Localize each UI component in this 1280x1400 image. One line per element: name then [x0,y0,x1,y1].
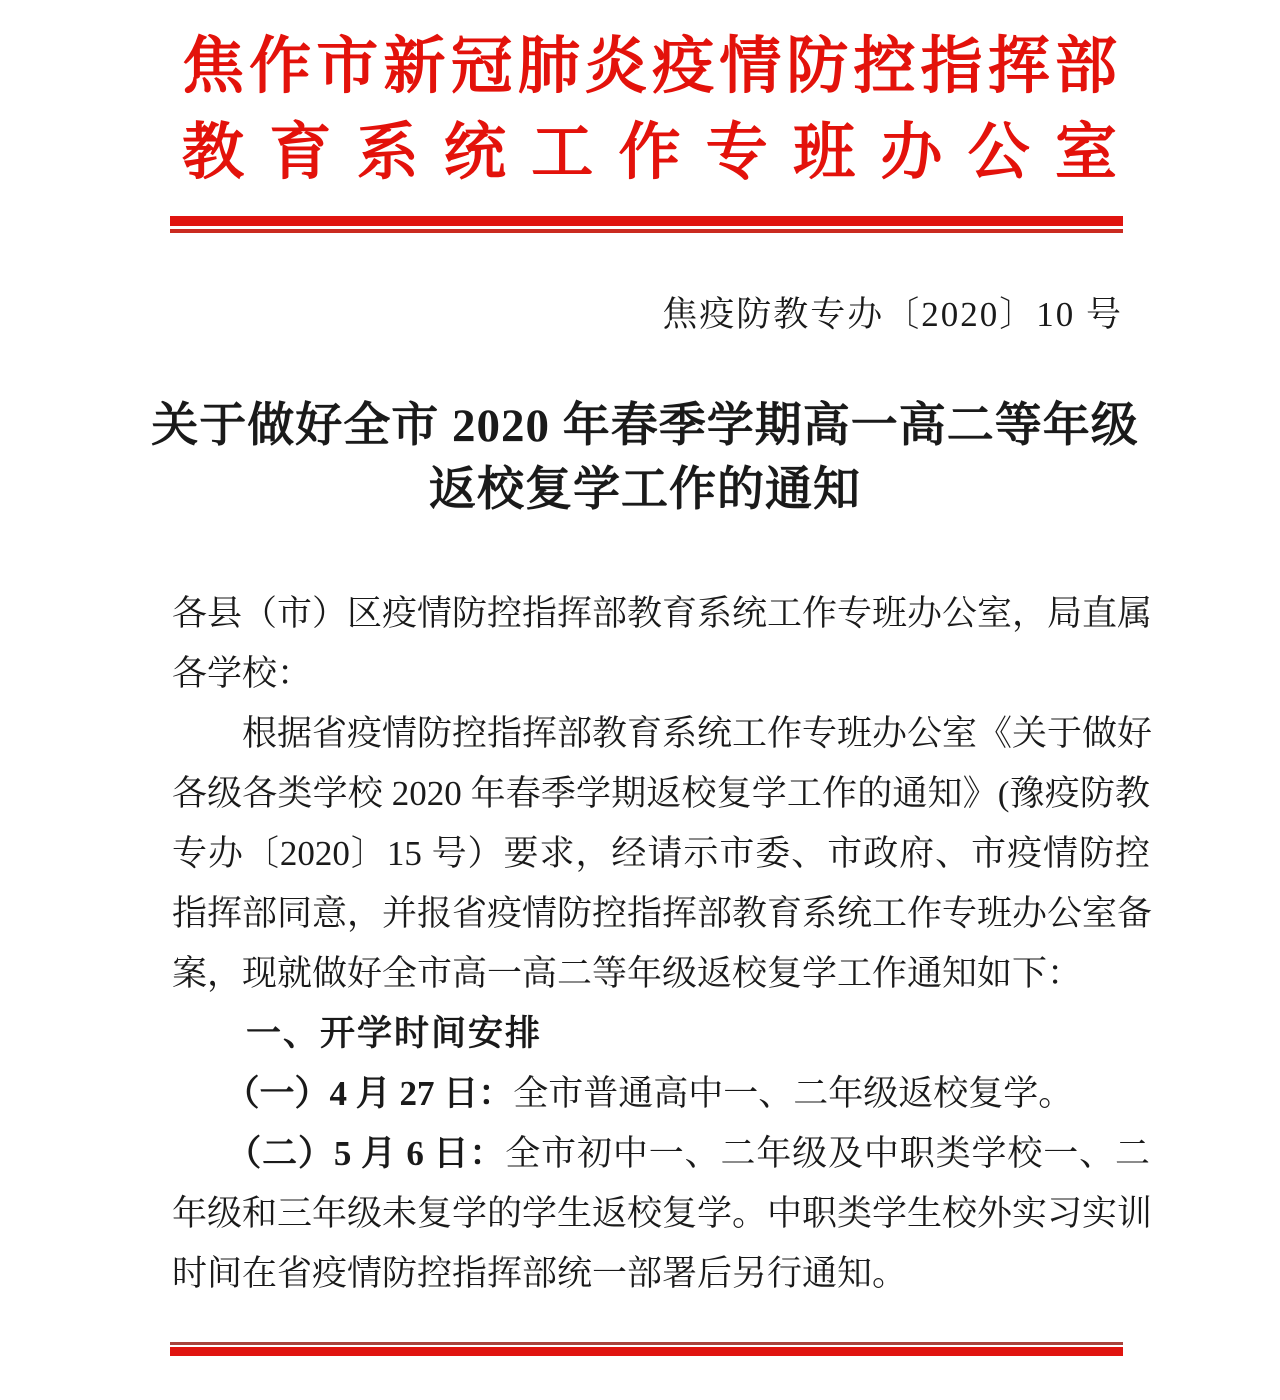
document-body: 各县（市）区疫情防控指挥部教育系统工作专班办公室，局直属各学校： 根据省疫情防控… [172,584,1150,1304]
body-text: 时间在省疫情防控指挥部统一部署后另行通知。 [172,1254,907,1293]
letterhead-org-line-1: 焦作市新冠肺炎疫情防控指挥部 [182,24,1117,110]
letterhead: 焦作市新冠肺炎疫情防控指挥部 教育系统工作专班办公室 [182,24,1117,196]
document-page: 焦作市新冠肺炎疫情防控指挥部 教育系统工作专班办公室 焦疫防教专办〔2020〕1… [0,0,1280,1400]
body-text: 案，现就做好全市高一高二等年级返校复学工作通知如下： [172,954,1082,993]
body-text: 专办〔2020〕15 号）要求，经请示市委、市政府、市疫情防控 [172,834,1150,873]
body-text: 年级和三年级未复学的学生返校复学。中职类学生校外实习实训 [172,1194,1152,1233]
document-number: 焦疫防教专办〔2020〕10 号 [170,293,1123,337]
body-paragraph: 根据省疫情防控指挥部教育系统工作专班办公室《关于做好各级各类学校 2020 年春… [172,704,1150,1004]
emphasis-text: （二）5 月 6 日： [244,1134,506,1173]
emphasis-text: （一）4 月 27 日： [242,1074,513,1113]
section-heading: 一、开学时间安排 [172,1004,1150,1064]
page-bottom-rule [170,1342,1123,1356]
body-paragraph: 各县（市）区疫情防控指挥部教育系统工作专班办公室，局直属各学校： [172,584,1150,704]
paragraph-line: 案，现就做好全市高一高二等年级返校复学工作通知如下： [172,944,1150,1004]
paragraph-line: 各级各类学校 2020 年春季学期返校复学工作的通知》(豫疫防教 [172,764,1150,824]
body-text: 全市初中一、二年级及中职类学校一、二 [505,1134,1150,1173]
paragraph-line: 各学校： [172,644,1150,704]
letterhead-separator [170,216,1123,233]
body-paragraph: （一）4 月 27 日：全市普通高中一、二年级返校复学。 [172,1064,1150,1124]
separator-thin-bar [170,229,1123,233]
paragraph-line: 指挥部同意，并报省疫情防控指挥部教育系统工作专班办公室备 [172,884,1150,944]
paragraph-line: 年级和三年级未复学的学生返校复学。中职类学生校外实习实训 [172,1184,1150,1244]
separator-thick-bar [170,216,1123,226]
paragraph-line: 专办〔2020〕15 号）要求，经请示市委、市政府、市疫情防控 [172,824,1150,884]
bottom-rule-thick-bar [170,1347,1123,1356]
paragraph-line: （一）4 月 27 日：全市普通高中一、二年级返校复学。 [172,1064,1150,1124]
body-text: 各级各类学校 2020 年春季学期返校复学工作的通知》(豫疫防教 [172,774,1150,813]
paragraph-line: 各县（市）区疫情防控指挥部教育系统工作专班办公室，局直属 [172,584,1150,644]
body-text: 各学校： [172,654,312,693]
body-text [172,1134,244,1173]
paragraph-line: （二）5 月 6 日：全市初中一、二年级及中职类学校一、二 [172,1124,1150,1184]
body-text: 根据省疫情防控指挥部教育系统工作专班办公室《关于做好 [172,714,1152,753]
paragraph-line: 一、开学时间安排 [172,1004,1150,1064]
body-text: 各县（市）区疫情防控指挥部教育系统工作专班办公室，局直属 [172,594,1152,633]
notice-title-line-1: 关于做好全市 2020 年春季学期高一高二等年级 [150,394,1140,458]
body-text: 全市普通高中一、二年级返校复学。 [513,1074,1073,1113]
body-text [172,1074,242,1113]
paragraph-line: 时间在省疫情防控指挥部统一部署后另行通知。 [172,1244,1150,1304]
paragraph-line: 根据省疫情防控指挥部教育系统工作专班办公室《关于做好 [172,704,1150,764]
notice-title-line-2: 返校复学工作的通知 [150,458,1140,522]
body-text: 指挥部同意，并报省疫情防控指挥部教育系统工作专班办公室备 [172,894,1152,933]
notice-title: 关于做好全市 2020 年春季学期高一高二等年级 返校复学工作的通知 [150,394,1140,522]
body-paragraph: （二）5 月 6 日：全市初中一、二年级及中职类学校一、二年级和三年级未复学的学… [172,1124,1150,1304]
letterhead-org-line-2: 教育系统工作专班办公室 [182,110,1117,196]
emphasis-text: 一、开学时间安排 [172,1014,542,1053]
